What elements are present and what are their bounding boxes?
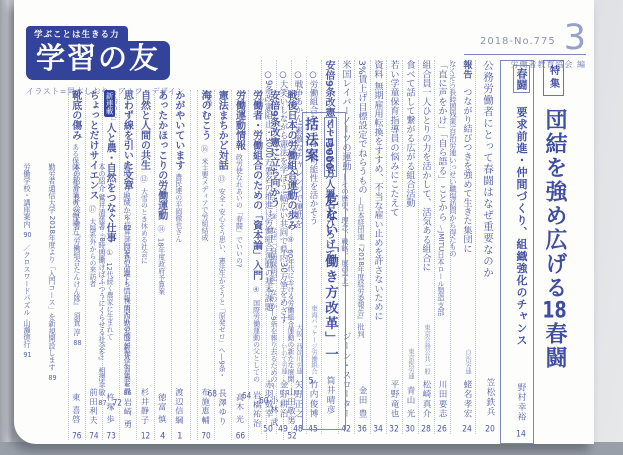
entry-title: 安倍9条改憲に立ち向かう xyxy=(268,90,279,207)
feature-title-column: 特集 団結を強め広げる18春闘 xyxy=(534,60,572,434)
entry-foot: 筒井晴彦 5 xyxy=(300,373,340,425)
entry-page: 82 xyxy=(111,224,132,231)
entry-title: かがやいています xyxy=(173,90,184,170)
entry-foot: 笠松鉄兵 20 xyxy=(478,375,496,434)
entry-author: 笠松鉄兵 xyxy=(485,378,495,416)
info-column: 労働学校・講座案内90／クロスワードパズル山瀬徳行91 xyxy=(14,160,34,442)
entry-title: 労働者・労働組合のための「資本論」入門 xyxy=(251,90,262,280)
serial-number: ④ xyxy=(252,285,261,294)
entry-title: 公務労働者にとって春闘はなぜ重要なのか xyxy=(478,60,496,279)
entry-author: 山田敬男 xyxy=(287,388,297,425)
toc-entry: あったかほっこりの労働運動 ⑭ 18年度政府予算案 徳富 慎 4 xyxy=(154,90,171,440)
entry-title: 海のむこう xyxy=(199,90,210,140)
entry-subtitle: 政労使なれあいの「春闘」でいいの? xyxy=(234,153,242,267)
entry-head: 海のむこう ⑯ 米主要メディアで労組結成 xyxy=(200,90,212,241)
feature-title-pre: 団結を強め広げる xyxy=(542,108,567,300)
serial-number: ⑫ xyxy=(140,175,149,183)
feature-title-post: 春闘 xyxy=(542,322,567,370)
entry-head: 目で見る学習 危ない「働き方改革」一括法案 xyxy=(300,117,340,373)
entry-page: 86 xyxy=(111,389,132,396)
serial-number: ③ xyxy=(269,212,278,221)
entry-title: 労働運動情報 xyxy=(233,90,244,150)
entry-page: 26 xyxy=(437,425,447,434)
issue-row: 2018-No.775 3 xyxy=(464,24,586,55)
entry-page: 52 xyxy=(287,432,297,441)
entry-page: 28 xyxy=(421,425,431,434)
entry-page: 30 xyxy=(405,425,415,434)
entry-foot: 徳富 慎 4 xyxy=(157,390,169,440)
toc-entry: 若い学童保育指導員の悩みにこたえて 平野竜也 32 xyxy=(386,60,402,434)
lead-head: 春闘 要求前進・仲間づくり、組織強化のチャンス xyxy=(503,65,531,346)
entry-foot: 小林 武 60 xyxy=(269,393,281,440)
entry-foot: 高木 光 66 xyxy=(234,390,246,440)
report-label: 報告 xyxy=(461,60,472,78)
entry-title: 本の紹介 長久啓太著『労働組合たんけん隊』 xyxy=(61,163,82,309)
entry-foot: 布施恵輔 70 xyxy=(200,385,212,441)
entry-title: あったかほっこりの労働運動 xyxy=(156,90,167,220)
toc-entry: 海のむこう ⑯ 米主要メディアで労組結成 布施恵輔 70 xyxy=(197,90,214,440)
entry-title: 労働学校・講座案内 xyxy=(14,163,32,228)
entry-page: 20 xyxy=(485,425,495,434)
entry-foot: 東京医労連 青山 光 30 xyxy=(405,348,416,434)
issue-month: 3 xyxy=(564,24,586,52)
entry-title: 憲法まちかど対話 xyxy=(216,90,227,170)
visual-learning-label: 目で見る学習 xyxy=(324,117,337,177)
entry-head: 労働者・労働組合のための「資本論」入門 ④ 国際労働運動の父としてのマルクス xyxy=(251,90,263,388)
entry-head: 安倍9条改憲に立ち向かう ③ なぜ「自衛隊明記」なのか―9条を葬り去るためのトリ… xyxy=(269,90,281,393)
entry-head: 資料 無期雇用転換をすすめ、不当な雇い止めを許さないために xyxy=(373,60,384,321)
entry-author: 岩橋祐治 xyxy=(253,391,263,428)
entry-head: 労働運動情報 政労使なれあいの「春闘」でいいの? xyxy=(234,90,246,267)
entry-title: 職場から地域から xyxy=(111,163,132,221)
entry-page: 32 xyxy=(389,425,399,434)
toc-entry: かがやいています 農民連の平岡徹也さん 渡辺信綱 1 xyxy=(171,90,191,440)
entry-head: 食べて話して繋がる広がる組合活動 xyxy=(405,60,416,207)
magazine-logo: 学ぶことは生きる力 学習の友 イラスト=岡本しおり、アルファデザイン xyxy=(26,22,185,97)
entry-head: 報告 つながり結びつきを強めて生きた集団に なくそう長時間残業!自治労連いっせい… xyxy=(453,60,473,257)
entry-title: 須賀 淳 xyxy=(61,312,82,336)
entry-page: 66 xyxy=(235,432,245,441)
feature-title-number: 18 xyxy=(542,300,567,322)
entry-author: 小林 武 xyxy=(270,396,280,427)
info-column: 本の紹介 鷲井清慈著『8時間働けばふつうにくらせる社会を』相澤幸敏87 xyxy=(84,160,109,442)
entry-page: 36 xyxy=(357,425,367,434)
entry-subtitle: 農民連の平岡徹也さん xyxy=(174,173,182,242)
entry-page: 89 xyxy=(36,374,57,381)
entry-author: 布施恵輔 xyxy=(201,388,211,425)
entry-subtitle: 〜JMITU日本ロール製造支部 xyxy=(437,224,446,316)
entry-affiliation: 東京医労連 xyxy=(407,348,414,380)
entry-author: 野村幸裕 xyxy=(516,383,526,421)
entry-author: 長澤ゆり xyxy=(218,389,228,426)
issue-number: 2018-No.775 xyxy=(480,36,556,52)
entry-head: 自然と人間の共生 ⑫ 大雪のとき休める社会に xyxy=(139,90,151,264)
entry-author: 渡辺信綱 xyxy=(175,388,185,425)
entry-title: 食べて話して繋がる広がる組合活動 xyxy=(404,60,415,207)
entry-title: 本の紹介 鷲井清慈著『8時間働けばふつうにくらせる社会を』 xyxy=(86,163,107,364)
serial-number: ⑭ xyxy=(157,225,166,233)
adjacent-book-spine xyxy=(0,0,14,444)
entry-foot: 金田 豊 36 xyxy=(357,383,368,434)
entry-title: ／読者の何でも情報 xyxy=(111,237,132,302)
entry-page: 87 xyxy=(86,399,107,406)
entry-title: 要求前進・仲間づくり、組織強化のチャンス xyxy=(515,106,528,346)
lead-label: 春闘 xyxy=(513,65,530,93)
entry-title: 若い学童保育指導員の悩みにこたえて xyxy=(388,60,399,216)
entry-foot: 長澤ゆり 68 xyxy=(217,386,229,440)
entry-author: 徳富 慎 xyxy=(158,393,168,424)
entry-page: 12 xyxy=(141,432,151,441)
entry-foot: 岩橋祐治 64 xyxy=(251,388,263,440)
entry-head: あったかほっこりの労働運動 ⑭ 18年度政府予算案 xyxy=(157,90,169,295)
toc-entry: 食べて話して繋がる広がる組合活動 東京医労連 青山 光 30 xyxy=(402,60,418,434)
entry-author: 松崎真介 xyxy=(421,380,431,418)
toc-entry: 戦後日本の労働組合運動の歩み ⑨ 60年代における労働組合運動の新たな展開 山田… xyxy=(283,90,300,440)
entry-title: 勤労者通信大学 2018年度より「入門コース」を新規開設します xyxy=(36,163,57,371)
serial-number: ⑨ xyxy=(286,235,295,244)
toc-entry: 3%賃上げ目標設定でねらうもの ―日本経団連『2018年度経労委報告』批判 金田… xyxy=(354,60,370,434)
entry-foot: 平野竜也 32 xyxy=(389,377,400,434)
toc-entry: 自然と人間の共生 ⑫ 大雪のとき休める社会に 杉井静子 12 xyxy=(136,90,153,440)
entry-page: 4 xyxy=(158,432,168,441)
serial-number: ⑯ xyxy=(200,145,209,153)
lead-foot: 野村幸裕 14 xyxy=(503,380,531,439)
entry-title: 自然と人間の共生 xyxy=(139,90,150,170)
entry-author: 高木 光 xyxy=(235,393,245,424)
entry-page: 88 xyxy=(61,339,82,346)
entry-head: かがやいています 農民連の平岡徹也さん xyxy=(174,90,186,242)
feature-opening-entry: 公務労働者にとって春闘はなぜ重要なのか 笠松鉄兵 20 xyxy=(475,60,498,434)
entry-subtitle: 大雪のとき休める社会に xyxy=(140,188,148,264)
entry-page: 34 xyxy=(373,425,383,434)
entry-head: 組合員一人ひとりの力を活かして、活気ある組合に xyxy=(421,60,432,272)
visual-learning-box: 目で見る学習 危ない「働き方改革」一括法案 筒井晴彦 5 xyxy=(302,112,346,430)
toc-entry: 「直に声をかけ」「自ら語る」ことから 〜JMITU日本ロール製造支部 川田要志 … xyxy=(434,60,450,434)
entry-subtitle: 18年度政府予算案 xyxy=(157,238,165,295)
entry-title: ／クロスワードパズル xyxy=(14,244,32,316)
feature-section: 特集 団結を強め広げる18春闘 春闘 要求前進・仲間づくり、組織強化のチャンス … xyxy=(342,60,572,434)
entry-page: 24 xyxy=(462,425,472,434)
entry-title: 相澤幸敏 xyxy=(86,367,107,396)
toc-entry: 労働者・労働組合のための「資本論」入門 ④ 国際労働運動の父としてのマルクス 岩… xyxy=(248,90,265,440)
entry-foot: 山田敬男 52 xyxy=(286,385,298,441)
toc-entry: 目で見る学習 危ない「働き方改革」一括法案 筒井晴彦 5 xyxy=(298,117,342,425)
entry-title: 組合員一人ひとりの力を活かして、活気ある組合に xyxy=(420,60,431,272)
entry-author: 川田要志 xyxy=(437,380,447,418)
entry-foot: 渡辺信綱 1 xyxy=(174,385,186,441)
entry-author: 平野竜也 xyxy=(389,380,399,418)
toc-entry: 資料 無期雇用転換をすすめ、不当な雇い止めを許さないために 34 xyxy=(370,60,386,434)
serials-section: 戦後日本の労働組合運動の歩み ⑨ 60年代における労働組合運動の新たな展開 山田… xyxy=(135,90,300,440)
entry-page: 5 xyxy=(306,377,316,386)
entry-author: 筒井晴彦 xyxy=(325,376,335,414)
entry-head: 戦後日本の労働組合運動の歩み ⑨ 60年代における労働組合運動の新たな展開 xyxy=(286,90,298,382)
info-column: 職場から地域から82／読者の何でも情報関西勤労協 新春学習集会86 xyxy=(109,160,134,442)
entry-affiliation: 東京公務公共一般 xyxy=(423,324,430,374)
toc-entry: 組合員一人ひとりの力を活かして、活気ある組合に 東京公務公共一般 松崎真介 28 xyxy=(418,60,434,434)
entry-author: 金田 豊 xyxy=(357,386,367,419)
entry-page: 90 xyxy=(14,231,32,238)
entry-head: 憲法まちかど対話 ⑬ 安全・安心そう思い、憲法生かそうと「原発ゼロ」へ―9条・2… xyxy=(217,90,229,386)
entry-page: 1 xyxy=(175,432,185,441)
entry-head: 「直に声をかけ」「自ら語る」ことから 〜JMITU日本ロール製造支部 xyxy=(437,60,448,316)
feature-title: 団結を強め広げる18春闘 xyxy=(536,108,570,370)
serial-number: ⑬ xyxy=(217,175,226,183)
entry-author: 青山 光 xyxy=(405,386,415,419)
entry-title: 靴底の傷み xyxy=(70,90,81,140)
entry-affiliation: 自治労連 xyxy=(464,349,471,374)
toc-entry: 安倍9条改憲に立ち向かう ③ なぜ「自衛隊明記」なのか―9条を葬り去るためのトリ… xyxy=(266,90,283,440)
entry-head: 3%賃上げ目標設定でねらうもの ―日本経団連『2018年度経労委報告』批判 xyxy=(357,60,368,338)
entry-title: 山瀬徳行 xyxy=(14,319,32,348)
entry-page: 70 xyxy=(201,432,211,441)
info-column: 勤労者通信大学 2018年度より「入門コース」を新規開設します89 xyxy=(34,160,59,442)
entry-title: 戦後日本の労働組合運動の歩み xyxy=(285,90,296,230)
entry-foot: 34 xyxy=(373,421,384,434)
feature-lead-entry: 春闘 要求前進・仲間づくり、組織強化のチャンス 野村幸裕 14 xyxy=(500,60,534,444)
entry-page: 91 xyxy=(14,351,32,358)
entry-subtitle: ―日本経団連『2018年度経労委報告』批判 xyxy=(357,197,366,338)
entry-foot: 杉井静子 12 xyxy=(139,385,151,441)
entry-foot: 自治労連 蛯名孝宏 24 xyxy=(453,349,473,434)
entry-page: 14 xyxy=(516,430,526,439)
new-series-badge: 新連載 xyxy=(104,90,115,117)
info-column: 本の紹介 長久啓太著『労働組合たんけん隊』須賀 淳88 xyxy=(59,160,84,442)
entry-subtitle: なくそう長時間残業!自治労連いっせい職場訪問から得たもの xyxy=(448,60,458,257)
entry-subtitle: 60年代における労働組合運動の新たな展開 xyxy=(286,249,294,382)
entry-foot: 東京公務公共一般 松崎真介 28 xyxy=(421,324,432,434)
info-section: 職場から地域から82／読者の何でも情報関西勤労協 新春学習集会86本の紹介 鷲井… xyxy=(22,160,134,442)
entry-title: 「直に声をかけ」「自ら語る」ことから xyxy=(436,60,447,221)
entry-title: 関西勤労協 新春学習集会 xyxy=(111,305,132,387)
logo-tagline: 学ぶことは生きる力 xyxy=(26,26,128,41)
entry-author: 蛯名孝宏 xyxy=(462,380,472,418)
logo-title: 学習の友 xyxy=(26,41,170,80)
entry-head: 若い学童保育指導員の悩みにこたえて xyxy=(389,60,400,216)
entry-author: 杉井静子 xyxy=(141,388,151,425)
entry-title: 資料 無期雇用転換をすすめ、不当な雇い止めを許さないために xyxy=(372,60,383,321)
feature-label: 特集 xyxy=(543,60,564,96)
entry-title: つながり結びつきを強めて生きた集団に xyxy=(461,87,472,253)
entry-title: 3%賃上げ目標設定でねらうもの xyxy=(356,60,367,194)
entry-foot: 川田要志 26 xyxy=(437,377,448,434)
magazine-toc-page: 学ぶことは生きる力 学習の友 イラスト=岡本しおり、アルファデザイン 2018-… xyxy=(14,0,594,444)
toc-entry: 憲法まちかど対話 ⑬ 安全・安心そう思い、憲法生かそうと「原発ゼロ」へ―9条・2… xyxy=(214,90,231,440)
toc-entry: 報告 つながり結びつきを強めて生きた集団に なくそう長時間残業!自治労連いっせい… xyxy=(450,60,475,434)
entry-subtitle: 米主要メディアで労組結成 xyxy=(200,158,208,241)
